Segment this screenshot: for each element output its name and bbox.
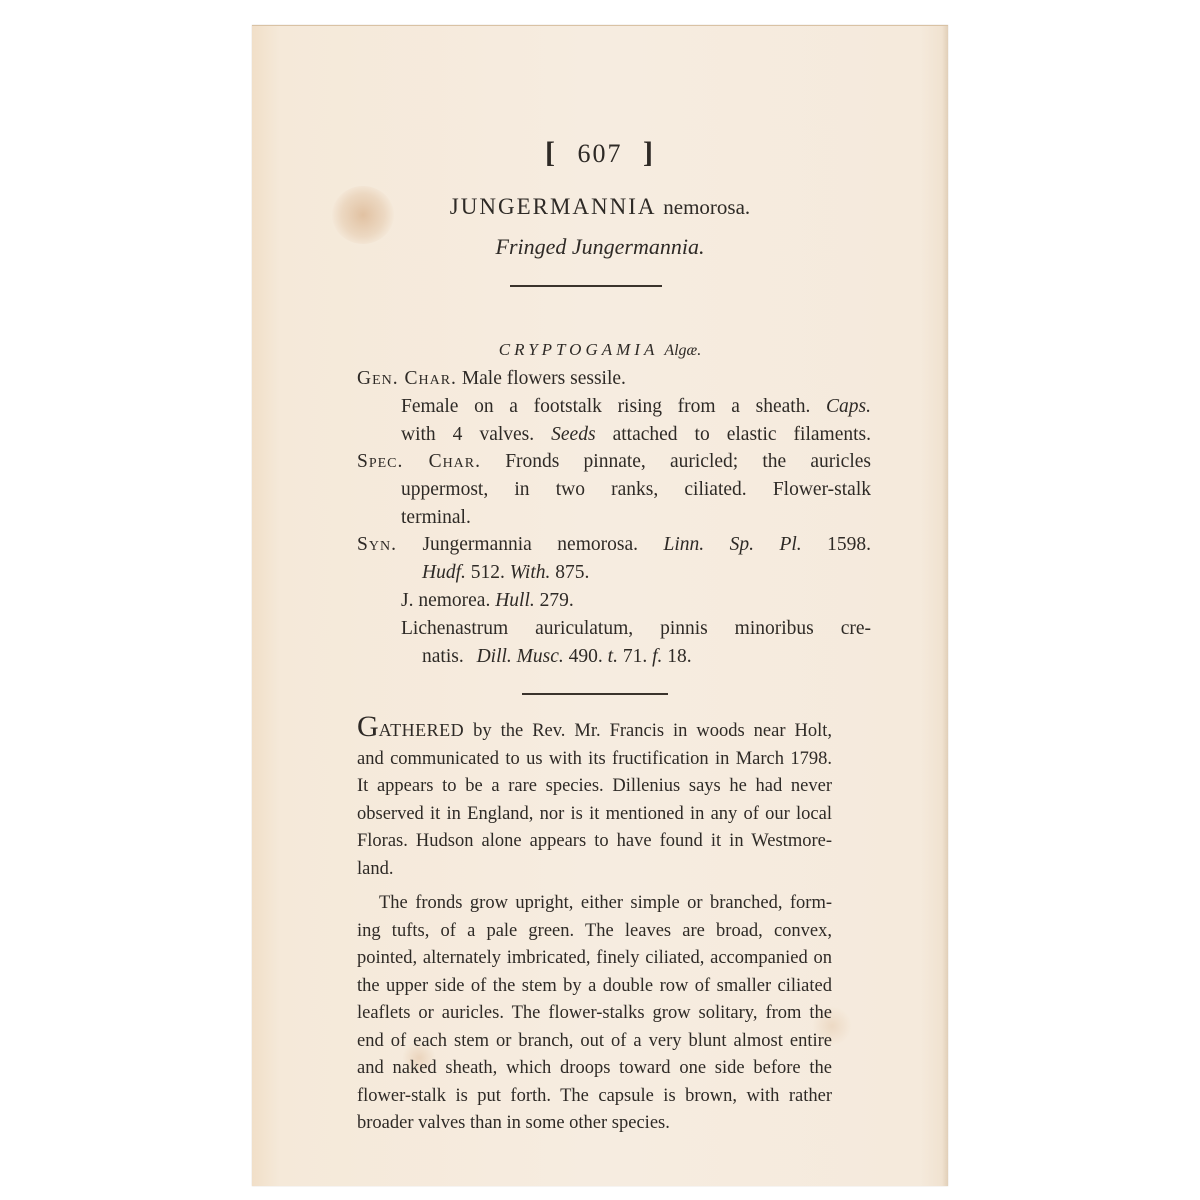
divider-rule (522, 693, 668, 695)
paragraph-line: GATHERED by the Rev. Mr. Francis in wood… (357, 713, 832, 746)
gen-char-line: Female on a footstalk rising from a shea… (401, 393, 871, 421)
synonym-line: J. nemorea. Hull. 279. (401, 587, 574, 615)
body-paragraph: The fronds grow upright, either simple o… (357, 890, 832, 1138)
paragraph-line: The fronds grow upright, either simple o… (357, 890, 832, 918)
paragraph-line: broader valves than in some other specie… (357, 1110, 832, 1138)
page-title: JUNGERMANNIA nemorosa. (252, 194, 948, 220)
paragraph-line: observed it in England, nor is it mentio… (357, 801, 832, 829)
body-paragraph: GATHERED by the Rev. Mr. Francis in wood… (357, 713, 832, 883)
syn-label: Syn. (357, 534, 397, 555)
paragraph-line: Floras. Hudson alone appears to have fou… (357, 828, 832, 856)
book-page: [ 607 ] JUNGERMANNIA nemorosa. Fringed J… (252, 25, 948, 1186)
synonym-line: Lichenastrum auriculatum, pinnis minorib… (401, 615, 871, 643)
spec-char-label: Spec. Char. (357, 451, 481, 472)
spec-char-line: uppermost, in two ranks, ciliated. Flowe… (401, 476, 871, 504)
spec-char-line: Spec. Char. Fronds pinnate, auricled; th… (357, 448, 871, 476)
paragraph-line: end of each stem or branch, out of a ver… (357, 1028, 832, 1056)
gen-char-label: Gen. Char. (357, 368, 457, 389)
paragraph-line: land. (357, 856, 832, 884)
page-number-value: 607 (578, 139, 623, 168)
page-subtitle: Fringed Jungermannia. (252, 234, 948, 260)
paragraph-line: It appears to be a rare species. Dilleni… (357, 773, 832, 801)
class-name: CRYPTOGAMIA (499, 340, 659, 359)
paragraph-line: pointed, alternately imbricated, finely … (357, 945, 832, 973)
title-genus: JUNGERMANNIA (450, 194, 657, 219)
page-number: [ 607 ] (252, 136, 948, 170)
synonym-line: natis. Dill. Musc. 490. t. 71. f. 18. (422, 643, 692, 671)
order-name: Algæ. (664, 342, 701, 359)
paragraph-line: flower-stalk is put forth. The capsule i… (357, 1083, 832, 1111)
title-species: nemorosa. (663, 195, 750, 219)
synonym-line: Syn. Jungermannia nemorosa. Linn. Sp. Pl… (357, 531, 871, 559)
paragraph-line: leaflets or auricles. The flower-stalks … (357, 1000, 832, 1028)
gen-char-line: with 4 valves. Seeds attached to elastic… (401, 421, 871, 449)
paragraph-line: ing tufts, of a pale green. The leaves a… (357, 918, 832, 946)
paragraph-line: and communicated to us with its fructifi… (357, 746, 832, 774)
classification: CRYPTOGAMIAAlgæ. (252, 340, 948, 360)
drop-cap: G (357, 710, 379, 743)
divider-rule (510, 285, 662, 287)
spec-char-line: terminal. (401, 504, 471, 532)
paragraph-line: the upper side of the stem by a double r… (357, 973, 832, 1001)
gen-char-line: Gen. Char. Male flowers sessile. (357, 365, 626, 393)
paragraph-line: and naked sheath, which droops toward on… (357, 1055, 832, 1083)
synonym-line: Hudf. 512. With. 875. (422, 559, 589, 587)
